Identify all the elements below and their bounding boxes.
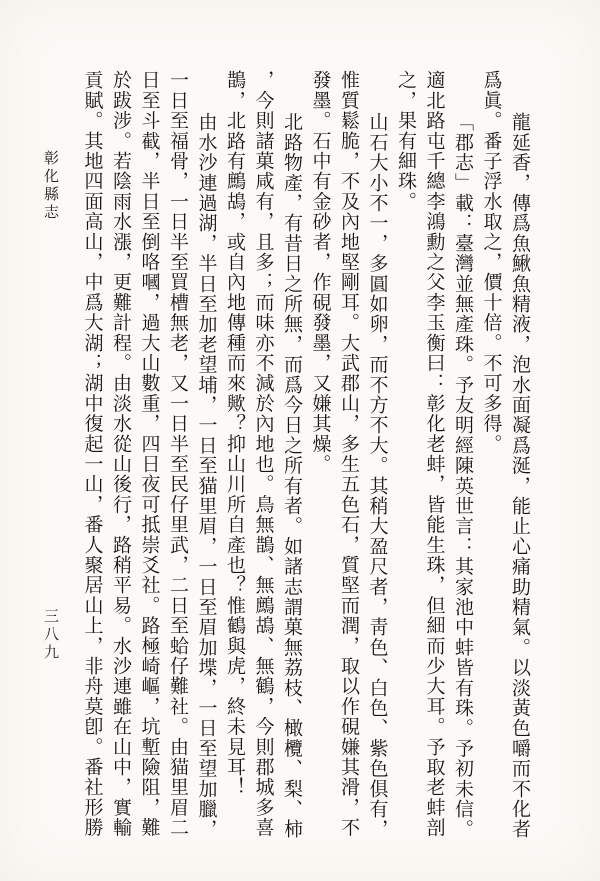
text-column-10: ，今則諸菓咸有，且多；而味亦不減於內地也。鳥無鵲、無鷓鴣、無鶴，今則郡城多喜 [249,70,278,845]
text-column-4: 適北路屯千總李鴻勳之父李玉衡曰：彰化老蚌，皆能生珠，但細而少大耳。予取老蚌剖 [420,70,449,845]
text-column-1: 龍延香，傳爲魚鰍魚精液，泡水面凝爲涎，能止心痛助精氣。以淡黃色嚼而不化者 [506,70,535,845]
text-column-5: 之，果有細珠。 [392,70,421,845]
text-column-14: 日至斗截，半日至倒咯嘓，過大山數重，四日夜可抵崇爻社。路極崎嶇，坑塹險阻，難 [135,70,164,845]
book-title: 彰化縣志 [42,150,60,222]
text-column-12: 由水沙連過湖，半日至加老望埔，一日至猫里眉，一日至眉加堞，一日至望加臘， [192,70,221,845]
text-column-6: 山石大小不一，多圓如卵，而不方不大。其稍大盈尺者，靑色、白色、紫色俱有， [363,70,392,845]
text-column-9: 北路物產，有昔日之所無，而爲今日之所有者。如諸志謂菓無荔枝、橄欖、梨、柿 [278,70,307,845]
text-column-13: 一日至福骨，一日半至買槽無老，又一日半至民仔里武，二日至蛤仔難社。由猫里眉二 [164,70,193,845]
scanned-book-page: 彰化縣志 三八九 龍延香，傳爲魚鰍魚精液，泡水面凝爲涎，能止心痛助精氣。以淡黃色… [0,0,600,881]
text-column-2: 爲眞。番子浮水取之，價十倍。不可多得。 [477,70,506,845]
page-number: 三八九 [42,608,60,662]
text-block: 龍延香，傳爲魚鰍魚精液，泡水面凝爲涎，能止心痛助精氣。以淡黃色嚼而不化者 爲眞。… [78,70,534,845]
text-column-16: 貢賦。其地四面高山，中爲大湖；湖中復起一山，番人聚居山上，非舟莫卽。番社形勝 [78,70,107,845]
text-column-3: 「郡志」載：臺灣並無產珠。予友明經陳英世言：其家池中蚌皆有珠。予初未信。 [449,70,478,845]
text-column-11: 鵲，北路有鷓鴣，或自內地傳種而來歟？抑山川所自產也？惟鶴與虎，終未見耳！ [221,70,250,845]
text-column-8: 發墨。石中有金砂者，作硯發墨，又嫌其燥。 [306,70,335,845]
text-column-15: 於跋涉。若陰雨水漲，更難計程。由淡水從山後行，路稍平易。水沙連雖在山中，實輸 [107,70,136,845]
text-column-7: 惟質鬆脆，不及內地堅剛耳。大武郡山，多生五色石，質堅而潤，取以作硯嫌其滑，不 [335,70,364,845]
